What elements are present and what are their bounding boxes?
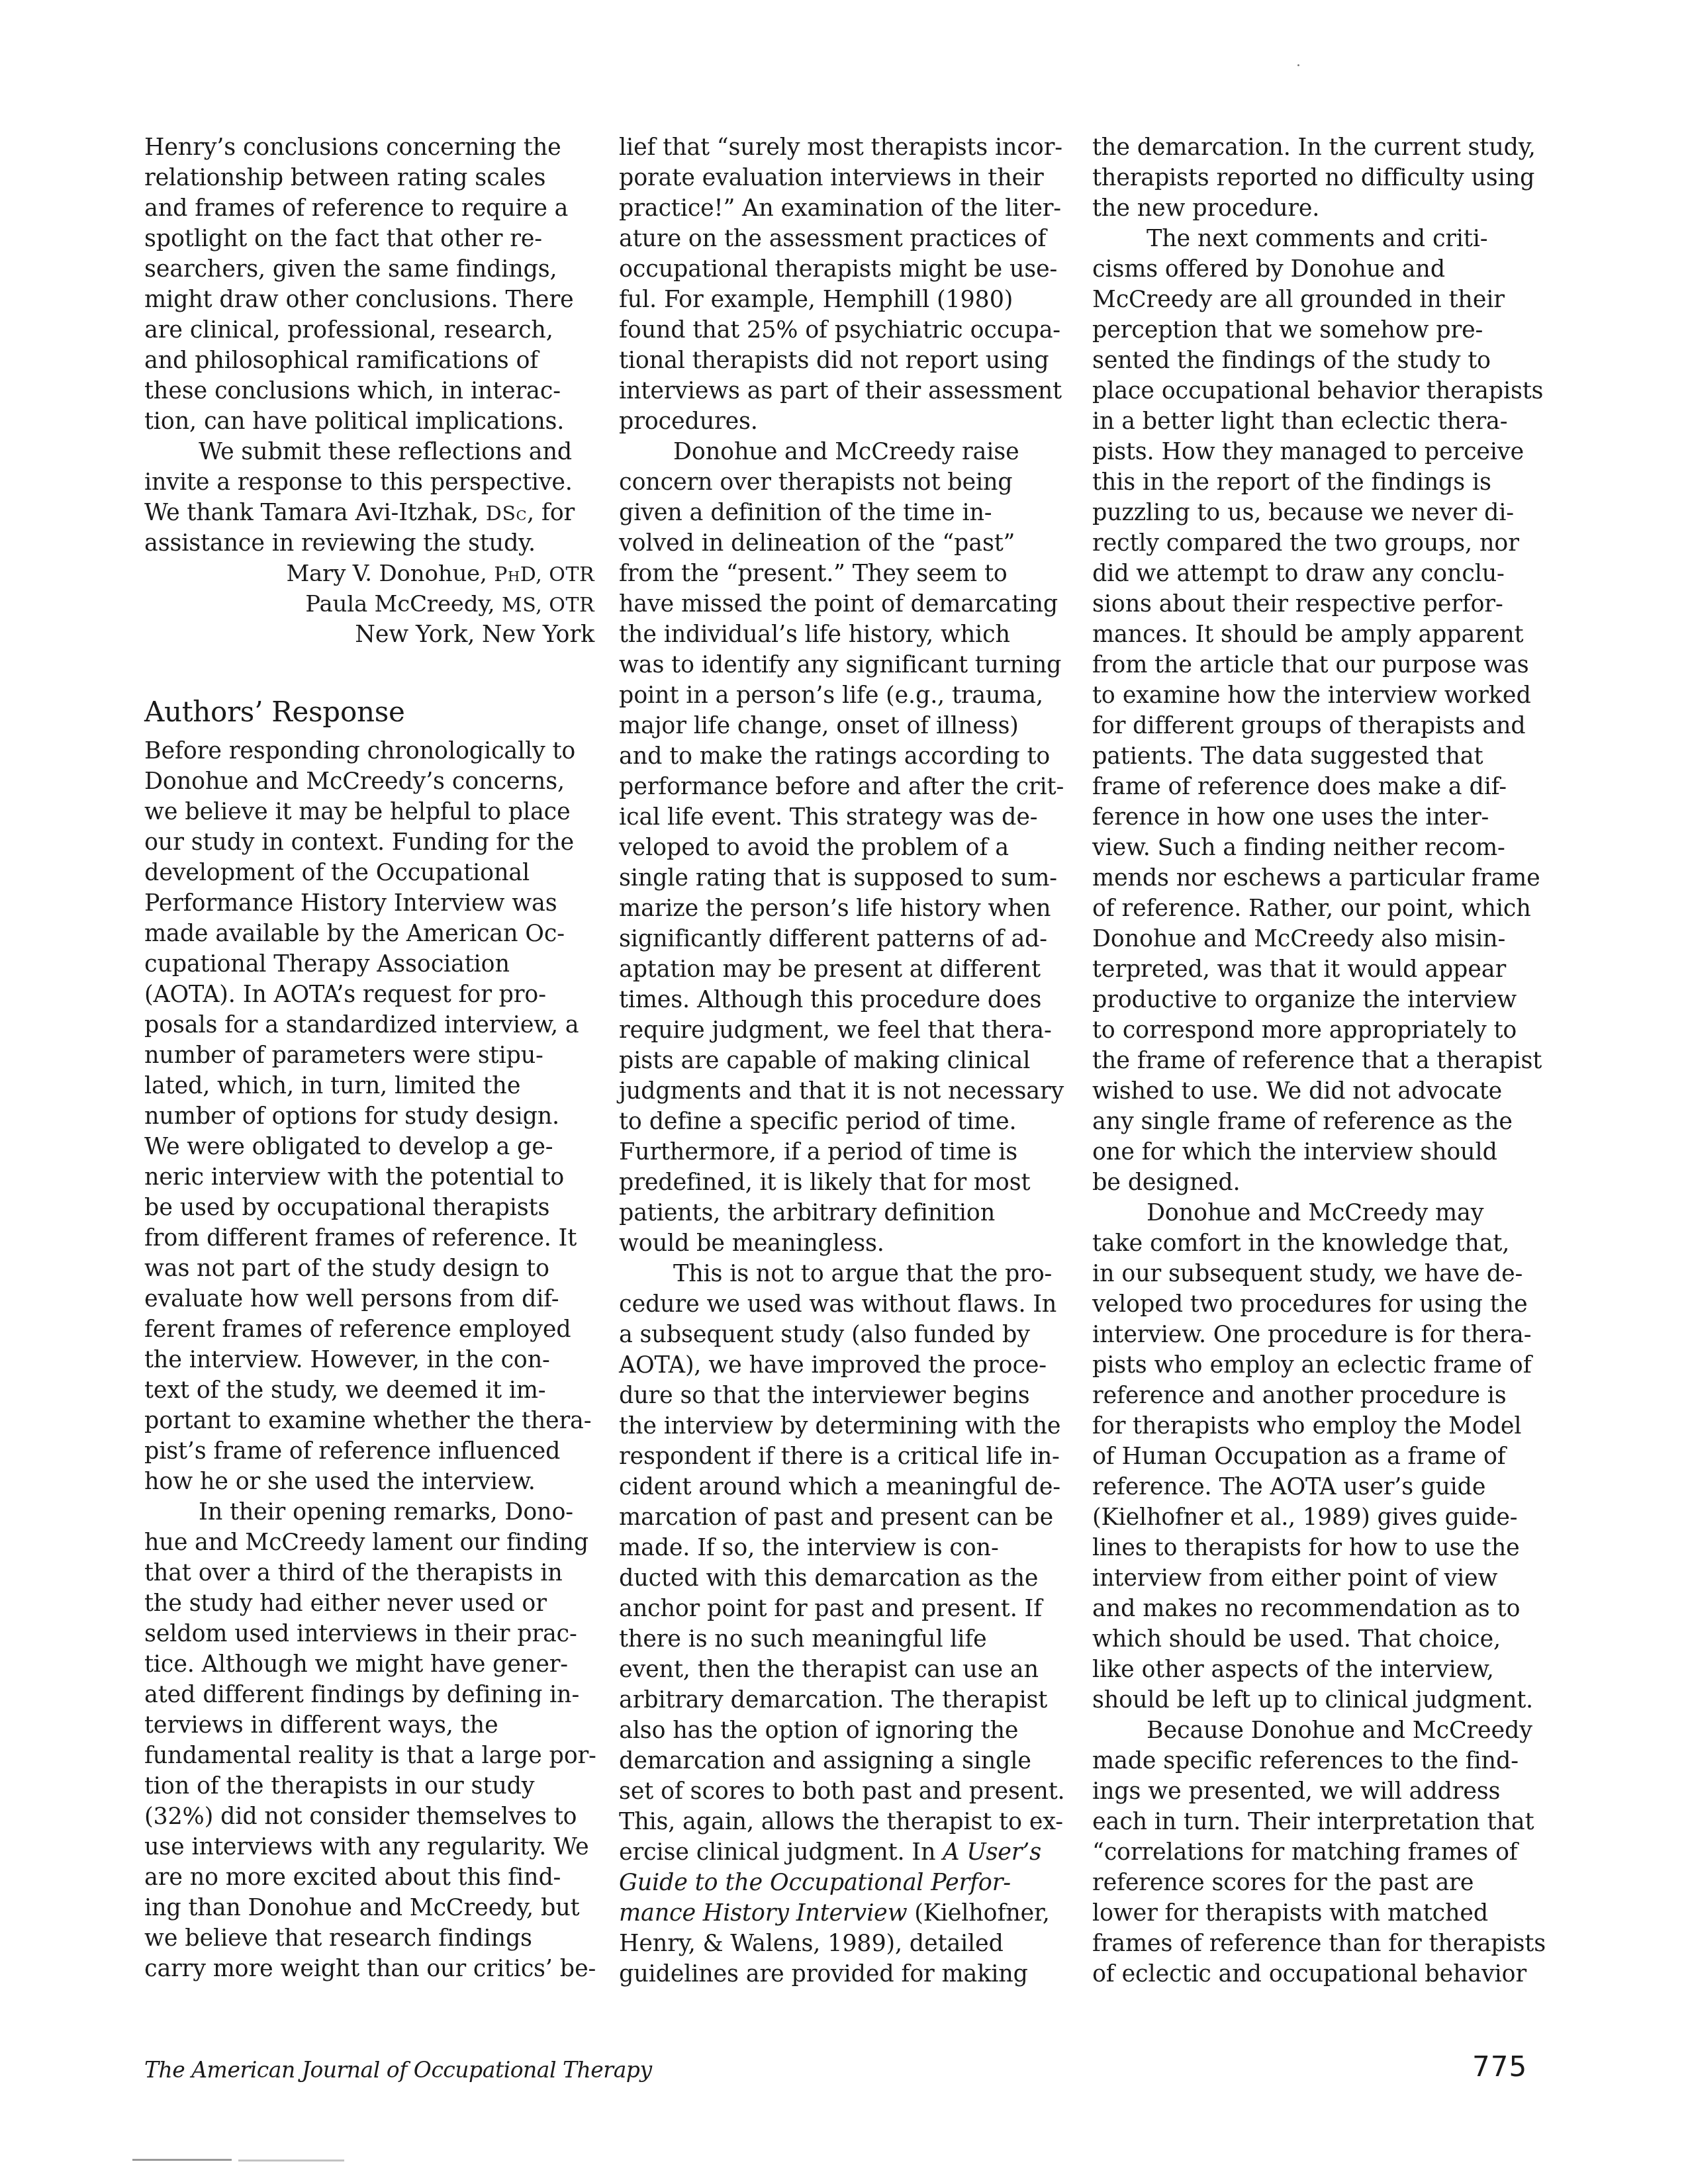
text-line: This is not to argue that the pro- — [619, 1259, 1076, 1289]
signature-author-2: Paula McCreedy, MS, OTR — [144, 589, 594, 619]
text-line: therapists reported no difficulty using — [1092, 163, 1556, 193]
column-3: the demarcation. In the current study,th… — [1092, 132, 1556, 1989]
text-line: the new procedure. — [1092, 193, 1556, 224]
text-line: tion, can have political implications. — [144, 406, 594, 437]
text-line: concern over therapists not being — [619, 467, 1076, 498]
text-line: reference scores for the past are — [1092, 1868, 1556, 1898]
text-line: ful. For example, Hemphill (1980) — [619, 285, 1076, 315]
text-line: Donohue and McCreedy may — [1092, 1198, 1556, 1228]
paragraph-opening-remarks: In their opening remarks, Dono-hue and M… — [144, 1497, 594, 1984]
text-line: the interview by determining with the — [619, 1411, 1076, 1441]
paragraph-before-responding: Before responding chronologically toDono… — [144, 736, 594, 1497]
text-line: from the “present.” They seem to — [619, 559, 1076, 589]
text-line: these conclusions which, in interac- — [144, 376, 594, 406]
text-line: spotlight on the fact that other re- — [144, 224, 594, 254]
text-line: Donohue and McCreedy also misin- — [1092, 924, 1556, 954]
text-line: anchor point for past and present. If — [619, 1594, 1076, 1624]
letter-signature: Mary V. Donohue, PhD, OTR Paula McCreedy… — [144, 559, 594, 650]
scan-artifact-line — [132, 2159, 232, 2161]
footer-page-number: 775 — [1472, 2050, 1527, 2083]
text-line: procedures. — [619, 406, 1076, 437]
book-title: mance History Interview — [619, 1900, 907, 1927]
text-line: McCreedy are all grounded in their — [1092, 285, 1556, 315]
author-degrees: MS, OTR — [502, 594, 594, 617]
text-line: should be left up to clinical judgment. — [1092, 1685, 1556, 1715]
text-line: porate evaluation interviews in their — [619, 163, 1076, 193]
text-line: reference. The AOTA user’s guide — [1092, 1472, 1556, 1502]
text-line: We were obligated to develop a ge- — [144, 1132, 594, 1162]
text-line: invite a response to this perspective. — [144, 467, 594, 498]
text-line: veloped to avoid the problem of a — [619, 833, 1076, 863]
column-1: Henry’s conclusions concerning therelati… — [144, 132, 594, 1984]
signature-location: New York, New York — [144, 619, 594, 650]
scan-artifact-line — [238, 2160, 344, 2161]
text-line: and philosophical ramifications of — [144, 345, 594, 376]
text-line: pists who employ an eclectic frame of — [1092, 1350, 1556, 1381]
text-line: mends nor eschews a particular frame — [1092, 863, 1556, 893]
paragraph-submit-reflections: We submit these reflections and invite a… — [144, 437, 594, 559]
text-line: ing than Donohue and McCreedy, but — [144, 1893, 594, 1923]
text-line: We submit these reflections and — [144, 437, 594, 467]
text-line: guidelines are provided for making — [619, 1959, 1076, 1989]
text-line: tional therapists did not report using — [619, 345, 1076, 376]
text-line: point in a person’s life (e.g., trauma, — [619, 680, 1076, 711]
text-line: be designed. — [1092, 1167, 1556, 1198]
text-line: given a definition of the time in- — [619, 498, 1076, 528]
text-line: cupational Therapy Association — [144, 949, 594, 979]
text-line: (AOTA). In AOTA’s request for pro- — [144, 979, 594, 1010]
text-line: to examine how the interview worked — [1092, 680, 1556, 711]
text-line: the individual’s life history, which — [619, 619, 1076, 650]
text-line: pist’s frame of reference influenced — [144, 1436, 594, 1467]
text-line: terviews in different ways, the — [144, 1710, 594, 1741]
text-line: like other aspects of the interview, — [1092, 1655, 1556, 1685]
text-line: view. Such a finding neither recom- — [1092, 833, 1556, 863]
text-line: Donohue and McCreedy’s concerns, — [144, 766, 594, 797]
text-line: single rating that is supposed to sum- — [619, 863, 1076, 893]
book-title: A User’s — [943, 1839, 1041, 1866]
text-line: performance before and after the crit- — [619, 772, 1076, 802]
thanks-text: We thank Tamara Avi-Itzhak, — [144, 500, 479, 526]
text-line: “correlations for matching frames of — [1092, 1837, 1556, 1868]
text-line: the frame of reference that a therapist — [1092, 1046, 1556, 1076]
text-line: Henry’s conclusions concerning the — [144, 132, 594, 163]
text-line: arbitrary demarcation. The therapist — [619, 1685, 1076, 1715]
text-line: from the article that our purpose was — [1092, 650, 1556, 680]
text-line: we believe that research findings — [144, 1923, 594, 1954]
text-line: frame of reference does make a dif- — [1092, 772, 1556, 802]
text-line: patients. The data suggested that — [1092, 741, 1556, 772]
signature-author-1: Mary V. Donohue, PhD, OTR — [144, 559, 594, 589]
text-line: each in turn. Their interpretation that — [1092, 1807, 1556, 1837]
text-line: (Kielhofner et al., 1989) gives guide- — [1092, 1502, 1556, 1533]
text-line: also has the option of ignoring the — [619, 1715, 1076, 1746]
text-line: respondent if there is a critical life i… — [619, 1441, 1076, 1472]
text-line: portant to examine whether the thera- — [144, 1406, 594, 1436]
text-line: Furthermore, if a period of time is — [619, 1137, 1076, 1167]
text-line: lower for therapists with matched — [1092, 1898, 1556, 1929]
text-line: and makes no recommendation as to — [1092, 1594, 1556, 1624]
text-line: rectly compared the two groups, nor — [1092, 528, 1556, 559]
text-line: dure so that the interviewer begins — [619, 1381, 1076, 1411]
text-line: posals for a standardized interview, a — [144, 1010, 594, 1040]
paragraph-take-comfort: Donohue and McCreedy maytake comfort in … — [1092, 1198, 1556, 1715]
text-line: lines to therapists for how to use the — [1092, 1533, 1556, 1563]
text-line: demarcation and assigning a single — [619, 1746, 1076, 1776]
text-line: ated different findings by defining in- — [144, 1680, 594, 1710]
paragraph-next-comments: The next comments and criti-cisms offere… — [1092, 224, 1556, 1198]
text-line: are clinical, professional, research, — [144, 315, 594, 345]
text-line: our study in context. Funding for the — [144, 827, 594, 858]
text-line: pists are capable of making clinical — [619, 1046, 1076, 1076]
text-line: times. Although this procedure does — [619, 985, 1076, 1015]
text-line: interview from either point of view — [1092, 1563, 1556, 1594]
text-line: puzzling to us, because we never di- — [1092, 498, 1556, 528]
text-line: did we attempt to draw any conclu- — [1092, 559, 1556, 589]
paragraph-lines: This is not to argue that the pro-cedure… — [619, 1259, 1076, 1837]
text-line: made. If so, the interview is con- — [619, 1533, 1076, 1563]
text-line: made specific references to the find- — [1092, 1746, 1556, 1776]
scan-artifact-dot — [1297, 64, 1299, 66]
text-line: use interviews with any regularity. We — [144, 1832, 594, 1862]
text-line: text of the study, we deemed it im- — [144, 1375, 594, 1406]
text-line: event, then the therapist can use an — [619, 1655, 1076, 1685]
text-line: are no more excited about this find- — [144, 1862, 594, 1893]
text-line: judgments and that it is not necessary — [619, 1076, 1076, 1107]
thanks-tail: , for — [527, 500, 575, 526]
text-line: cedure we used was without flaws. In — [619, 1289, 1076, 1320]
text-line: perception that we somehow pre- — [1092, 315, 1556, 345]
text-line: the demarcation. In the current study, — [1092, 132, 1556, 163]
text-line: marcation of past and present can be — [619, 1502, 1076, 1533]
text-line: might draw other conclusions. There — [144, 285, 594, 315]
text-line: Before responding chronologically to — [144, 736, 594, 766]
text-line: neric interview with the potential to — [144, 1162, 594, 1193]
text-line: one for which the interview should — [1092, 1137, 1556, 1167]
text-line: cident around which a meaningful de- — [619, 1472, 1076, 1502]
text-line: major life change, onset of illness) — [619, 711, 1076, 741]
text-line: reference and another procedure is — [1092, 1381, 1556, 1411]
text-line: there is no such meaningful life — [619, 1624, 1076, 1655]
author-degrees: PhD, OTR — [494, 563, 594, 586]
text-line: hue and McCreedy lament our finding — [144, 1527, 594, 1558]
text-line: number of parameters were stipu- — [144, 1040, 594, 1071]
text-line: frames of reference than for therapists — [1092, 1929, 1556, 1959]
text-line: in our subsequent study, we have de- — [1092, 1259, 1556, 1289]
thanks-degree: DSc — [486, 502, 527, 525]
text-line: patients, the arbitrary definition — [619, 1198, 1076, 1228]
text-line: wished to use. We did not advocate — [1092, 1076, 1556, 1107]
text-line: to define a specific period of time. — [619, 1107, 1076, 1137]
text-line: number of options for study design. — [144, 1101, 594, 1132]
book-title: Guide to the Occupational Perfor- — [619, 1868, 1076, 1898]
text-run: ercise clinical judgment. In — [619, 1839, 943, 1866]
text-line: development of the Occupational — [144, 858, 594, 888]
text-line: the study had either never used or — [144, 1588, 594, 1619]
text-line: tice. Although we might have gener- — [144, 1649, 594, 1680]
text-line: have missed the point of demarcating — [619, 589, 1076, 619]
text-line: seldom used interviews in their prac- — [144, 1619, 594, 1649]
paragraph-lines: Henry, & Walens, 1989), detailedguidelin… — [619, 1929, 1076, 1989]
text-line: this in the report of the findings is — [1092, 467, 1556, 498]
text-line: ical life event. This strategy was de- — [619, 802, 1076, 833]
text-line: in a better light than eclectic thera- — [1092, 406, 1556, 437]
text-line: ercise clinical judgment. In A User’s — [619, 1837, 1076, 1868]
text-line: productive to organize the interview — [1092, 985, 1556, 1015]
text-line: that over a third of the therapists in — [144, 1558, 594, 1588]
text-line: from different frames of reference. It — [144, 1223, 594, 1253]
paragraph-demarcation-continued: the demarcation. In the current study,th… — [1092, 132, 1556, 224]
text-line: of eclectic and occupational behavior — [1092, 1959, 1556, 1989]
text-line: occupational therapists might be use- — [619, 254, 1076, 285]
text-line: of Human Occupation as a frame of — [1092, 1441, 1556, 1472]
text-line: significantly different patterns of ad- — [619, 924, 1076, 954]
text-line: how he or she used the interview. — [144, 1467, 594, 1497]
text-line: place occupational behavior therapists — [1092, 376, 1556, 406]
text-line: be used by occupational therapists — [144, 1193, 594, 1223]
text-line: relationship between rating scales — [144, 163, 594, 193]
text-line: of reference. Rather, our point, which — [1092, 893, 1556, 924]
text-line: for different groups of therapists and — [1092, 711, 1556, 741]
text-line: any single frame of reference as the — [1092, 1107, 1556, 1137]
text-line: require judgment, we feel that thera- — [619, 1015, 1076, 1046]
text-line: ature on the assessment practices of — [619, 224, 1076, 254]
text-line: predefined, it is likely that for most — [619, 1167, 1076, 1198]
text-line: In their opening remarks, Dono- — [144, 1497, 594, 1527]
text-line: sented the findings of the study to — [1092, 345, 1556, 376]
text-line: ducted with this demarcation as the — [619, 1563, 1076, 1594]
paragraph-belief-continued: lief that “surely most therapists incor-… — [619, 132, 1076, 437]
text-line: tion of the therapists in our study — [144, 1771, 594, 1801]
text-line: Donohue and McCreedy raise — [619, 437, 1076, 467]
text-line: a subsequent study (also funded by — [619, 1320, 1076, 1350]
text-line: This, again, allows the therapist to ex- — [619, 1807, 1076, 1837]
text-line: searchers, given the same findings, — [144, 254, 594, 285]
column-2: lief that “surely most therapists incor-… — [619, 132, 1076, 1989]
text-line: Performance History Interview was — [144, 888, 594, 919]
text-line: would be meaningless. — [619, 1228, 1076, 1259]
text-line: made available by the American Oc- — [144, 919, 594, 949]
text-line: sions about their respective perfor- — [1092, 589, 1556, 619]
text-line: and to make the ratings according to — [619, 741, 1076, 772]
text-line: was to identify any significant turning — [619, 650, 1076, 680]
section-heading-authors-response: Authors’ Response — [144, 692, 594, 736]
paragraph-definition-of-time: Donohue and McCreedy raiseconcern over t… — [619, 437, 1076, 1259]
text-line: lated, which, in turn, limited the — [144, 1071, 594, 1101]
text-line: and frames of reference to require a — [144, 193, 594, 224]
text-line: interview. One procedure is for thera- — [1092, 1320, 1556, 1350]
paragraph-procedure-flaws: This is not to argue that the pro-cedure… — [619, 1259, 1076, 1989]
text-line: Henry, & Walens, 1989), detailed — [619, 1929, 1076, 1959]
text-line: mance History Interview (Kielhofner, — [619, 1898, 1076, 1929]
text-line: practice!” An examination of the liter- — [619, 193, 1076, 224]
text-line: ings we presented, we will address — [1092, 1776, 1556, 1807]
author-name: Mary V. Donohue, — [286, 561, 494, 587]
text-line: pists. How they managed to perceive — [1092, 437, 1556, 467]
text-line: found that 25% of psychiatric occupa- — [619, 315, 1076, 345]
paragraph-henry-conclusions: Henry’s conclusions concerning therelati… — [144, 132, 594, 437]
section-spacer — [144, 650, 594, 692]
text-line: We thank Tamara Avi-Itzhak, DSc, for — [144, 498, 594, 528]
text-line: ference in how one uses the inter- — [1092, 802, 1556, 833]
text-line: carry more weight than our critics’ be- — [144, 1954, 594, 1984]
text-line: aptation may be present at different — [619, 954, 1076, 985]
text-line: to correspond more appropriately to — [1092, 1015, 1556, 1046]
text-line: for therapists who employ the Model — [1092, 1411, 1556, 1441]
text-line: terpreted, was that it would appear — [1092, 954, 1556, 985]
text-line: marize the person’s life history when — [619, 893, 1076, 924]
text-line: interviews as part of their assessment — [619, 376, 1076, 406]
text-line: was not part of the study design to — [144, 1253, 594, 1284]
text-line: The next comments and criti- — [1092, 224, 1556, 254]
text-line: which should be used. That choice, — [1092, 1624, 1556, 1655]
text-line: veloped two procedures for using the — [1092, 1289, 1556, 1320]
footer-journal-title: The American Journal of Occupational The… — [144, 2057, 652, 2083]
text-line: AOTA), we have improved the proce- — [619, 1350, 1076, 1381]
text-line: cisms offered by Donohue and — [1092, 254, 1556, 285]
citation: (Kielhofner, — [907, 1900, 1049, 1927]
text-line: the interview. However, in the con- — [144, 1345, 594, 1375]
paragraph-specific-references: Because Donohue and McCreedymade specifi… — [1092, 1715, 1556, 1989]
text-line: take comfort in the knowledge that, — [1092, 1228, 1556, 1259]
text-line: volved in delineation of the “past” — [619, 528, 1076, 559]
text-line: we believe it may be helpful to place — [144, 797, 594, 827]
text-line: (32%) did not consider themselves to — [144, 1801, 594, 1832]
text-line: assistance in reviewing the study. — [144, 528, 594, 559]
text-line: mances. It should be amply apparent — [1092, 619, 1556, 650]
text-line: set of scores to both past and present. — [619, 1776, 1076, 1807]
text-line: lief that “surely most therapists incor- — [619, 132, 1076, 163]
text-line: evaluate how well persons from dif- — [144, 1284, 594, 1314]
text-line: fundamental reality is that a large por- — [144, 1741, 594, 1771]
author-name: Paula McCreedy, — [305, 591, 502, 617]
text-line: Because Donohue and McCreedy — [1092, 1715, 1556, 1746]
text-line: ferent frames of reference employed — [144, 1314, 594, 1345]
